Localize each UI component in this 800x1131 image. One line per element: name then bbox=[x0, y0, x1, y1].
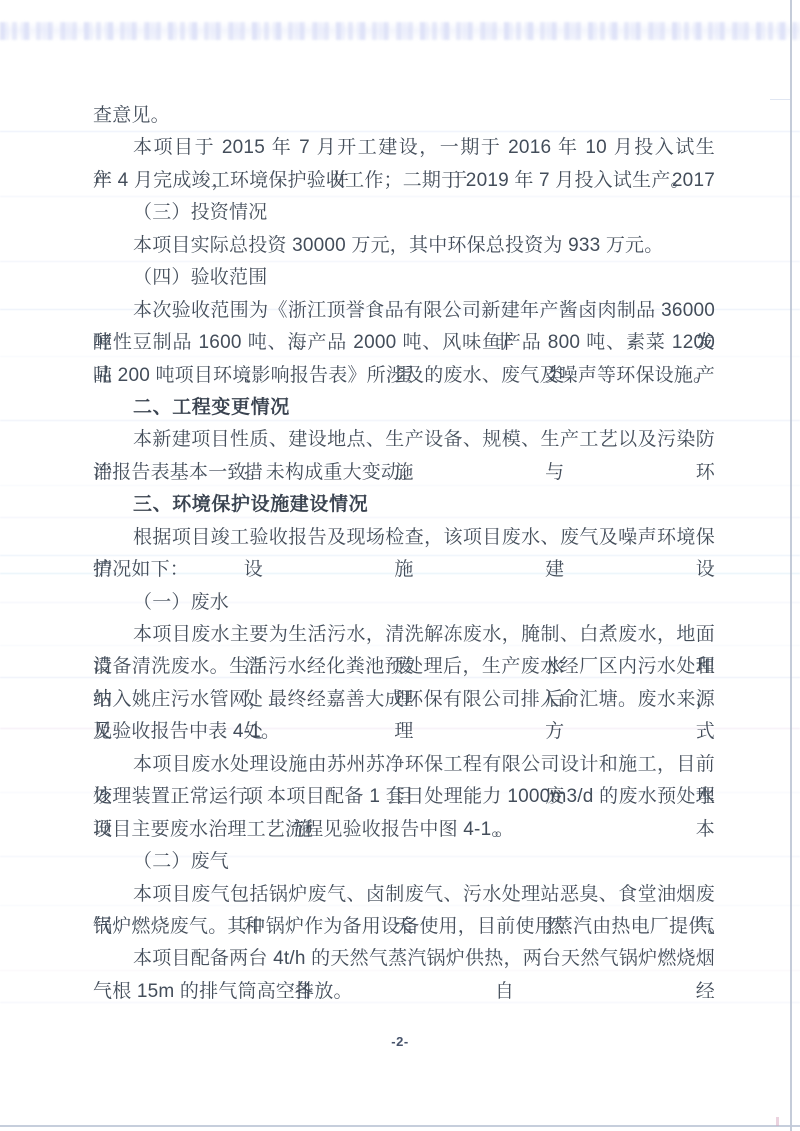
text-line: 本项目实际总投资 30000 万元，其中环保总投资为 933 万元。 bbox=[93, 230, 715, 262]
text-line: 根据项目竣工验收报告及现场检查，该项目废水、废气及噪声环境保护设施建设 bbox=[93, 522, 715, 554]
scan-edge-line-vertical bbox=[790, 0, 792, 1131]
document-body: 查意见。 本项目于 2015 年 7 月开工建设，一期于 2016 年 10 月… bbox=[93, 100, 715, 1008]
text-line: 纳入姚庄污水管网，最终经嘉善大成环保有限公司排入俞汇塘。废水来源及处理方式 bbox=[93, 684, 715, 716]
text-line: 处理装置正常运行。本项目配备 1 套日处理能力 1000m3/d 的废水预处理设… bbox=[93, 781, 715, 813]
subsection-heading: （二）废气 bbox=[93, 846, 715, 878]
text-line: 设备清洗废水。生活污水经化粪池预处理后，生产废水经厂区内污水处理站处理后， bbox=[93, 651, 715, 683]
subsection-heading: （四）验收范围 bbox=[93, 262, 715, 294]
page-number: -2- bbox=[0, 1034, 800, 1049]
text-line: 年 4 月完成竣工环境保护验收工作；二期于 2019 年 7 月投入试生产。 bbox=[93, 165, 715, 197]
subsection-heading: （一）废水 bbox=[93, 587, 715, 619]
text-line: 本项目于 2015 年 7 月开工建设，一期于 2016 年 10 月投入试生产… bbox=[93, 132, 715, 164]
scanned-document-page: 查意见。 本项目于 2015 年 7 月开工建设，一期于 2016 年 10 月… bbox=[0, 0, 800, 1131]
text-line: 本新建项目性质、建设地点、生产设备、规模、生产工艺以及污染防治措施与环 bbox=[93, 424, 715, 456]
subsection-heading: （三）投资情况 bbox=[93, 197, 715, 229]
scan-noise-band bbox=[0, 22, 800, 40]
section-heading: 二、工程变更情况 bbox=[93, 392, 715, 424]
text-line: 品 200 吨项目环境影响报告表》所涉及的废水、废气及噪声等环保设施。 bbox=[93, 360, 715, 392]
text-line: 本项目配备两台 4t/h 的天然气蒸汽锅炉供热，两台天然气锅炉燃烧烟气各自经 bbox=[93, 943, 715, 975]
scan-edge-line-horizontal bbox=[0, 1125, 800, 1127]
text-line: 查意见。 bbox=[93, 100, 715, 132]
text-line: 锅炉燃烧废气。其中锅炉作为备用设备使用，目前使用蒸汽由热电厂提供。 bbox=[93, 911, 715, 943]
text-line: 本次验收范围为《浙江顶誉食品有限公司新建年产酱卤肉制品 36000 吨、非发 bbox=[93, 295, 715, 327]
text-line: 本项目废气包括锅炉废气、卤制废气、污水处理站恶臭、食堂油烟废气和天然气 bbox=[93, 879, 715, 911]
text-line: 本项目废水处理设施由苏州苏净环保工程有限公司设计和施工，目前该项目废水 bbox=[93, 749, 715, 781]
text-line: 酵性豆制品 1600 吨、海产品 2000 吨、风味鱼产品 800 吨、素菜 1… bbox=[93, 327, 715, 359]
scan-edge-pink-mark bbox=[776, 1117, 779, 1126]
section-heading: 三、环境保护设施建设情况 bbox=[93, 489, 715, 521]
scan-edge-tick bbox=[770, 99, 790, 100]
text-line: 本项目废水主要为生活污水，清洗解冻废水，腌制、白煮废水，地面清洁废水和 bbox=[93, 619, 715, 651]
